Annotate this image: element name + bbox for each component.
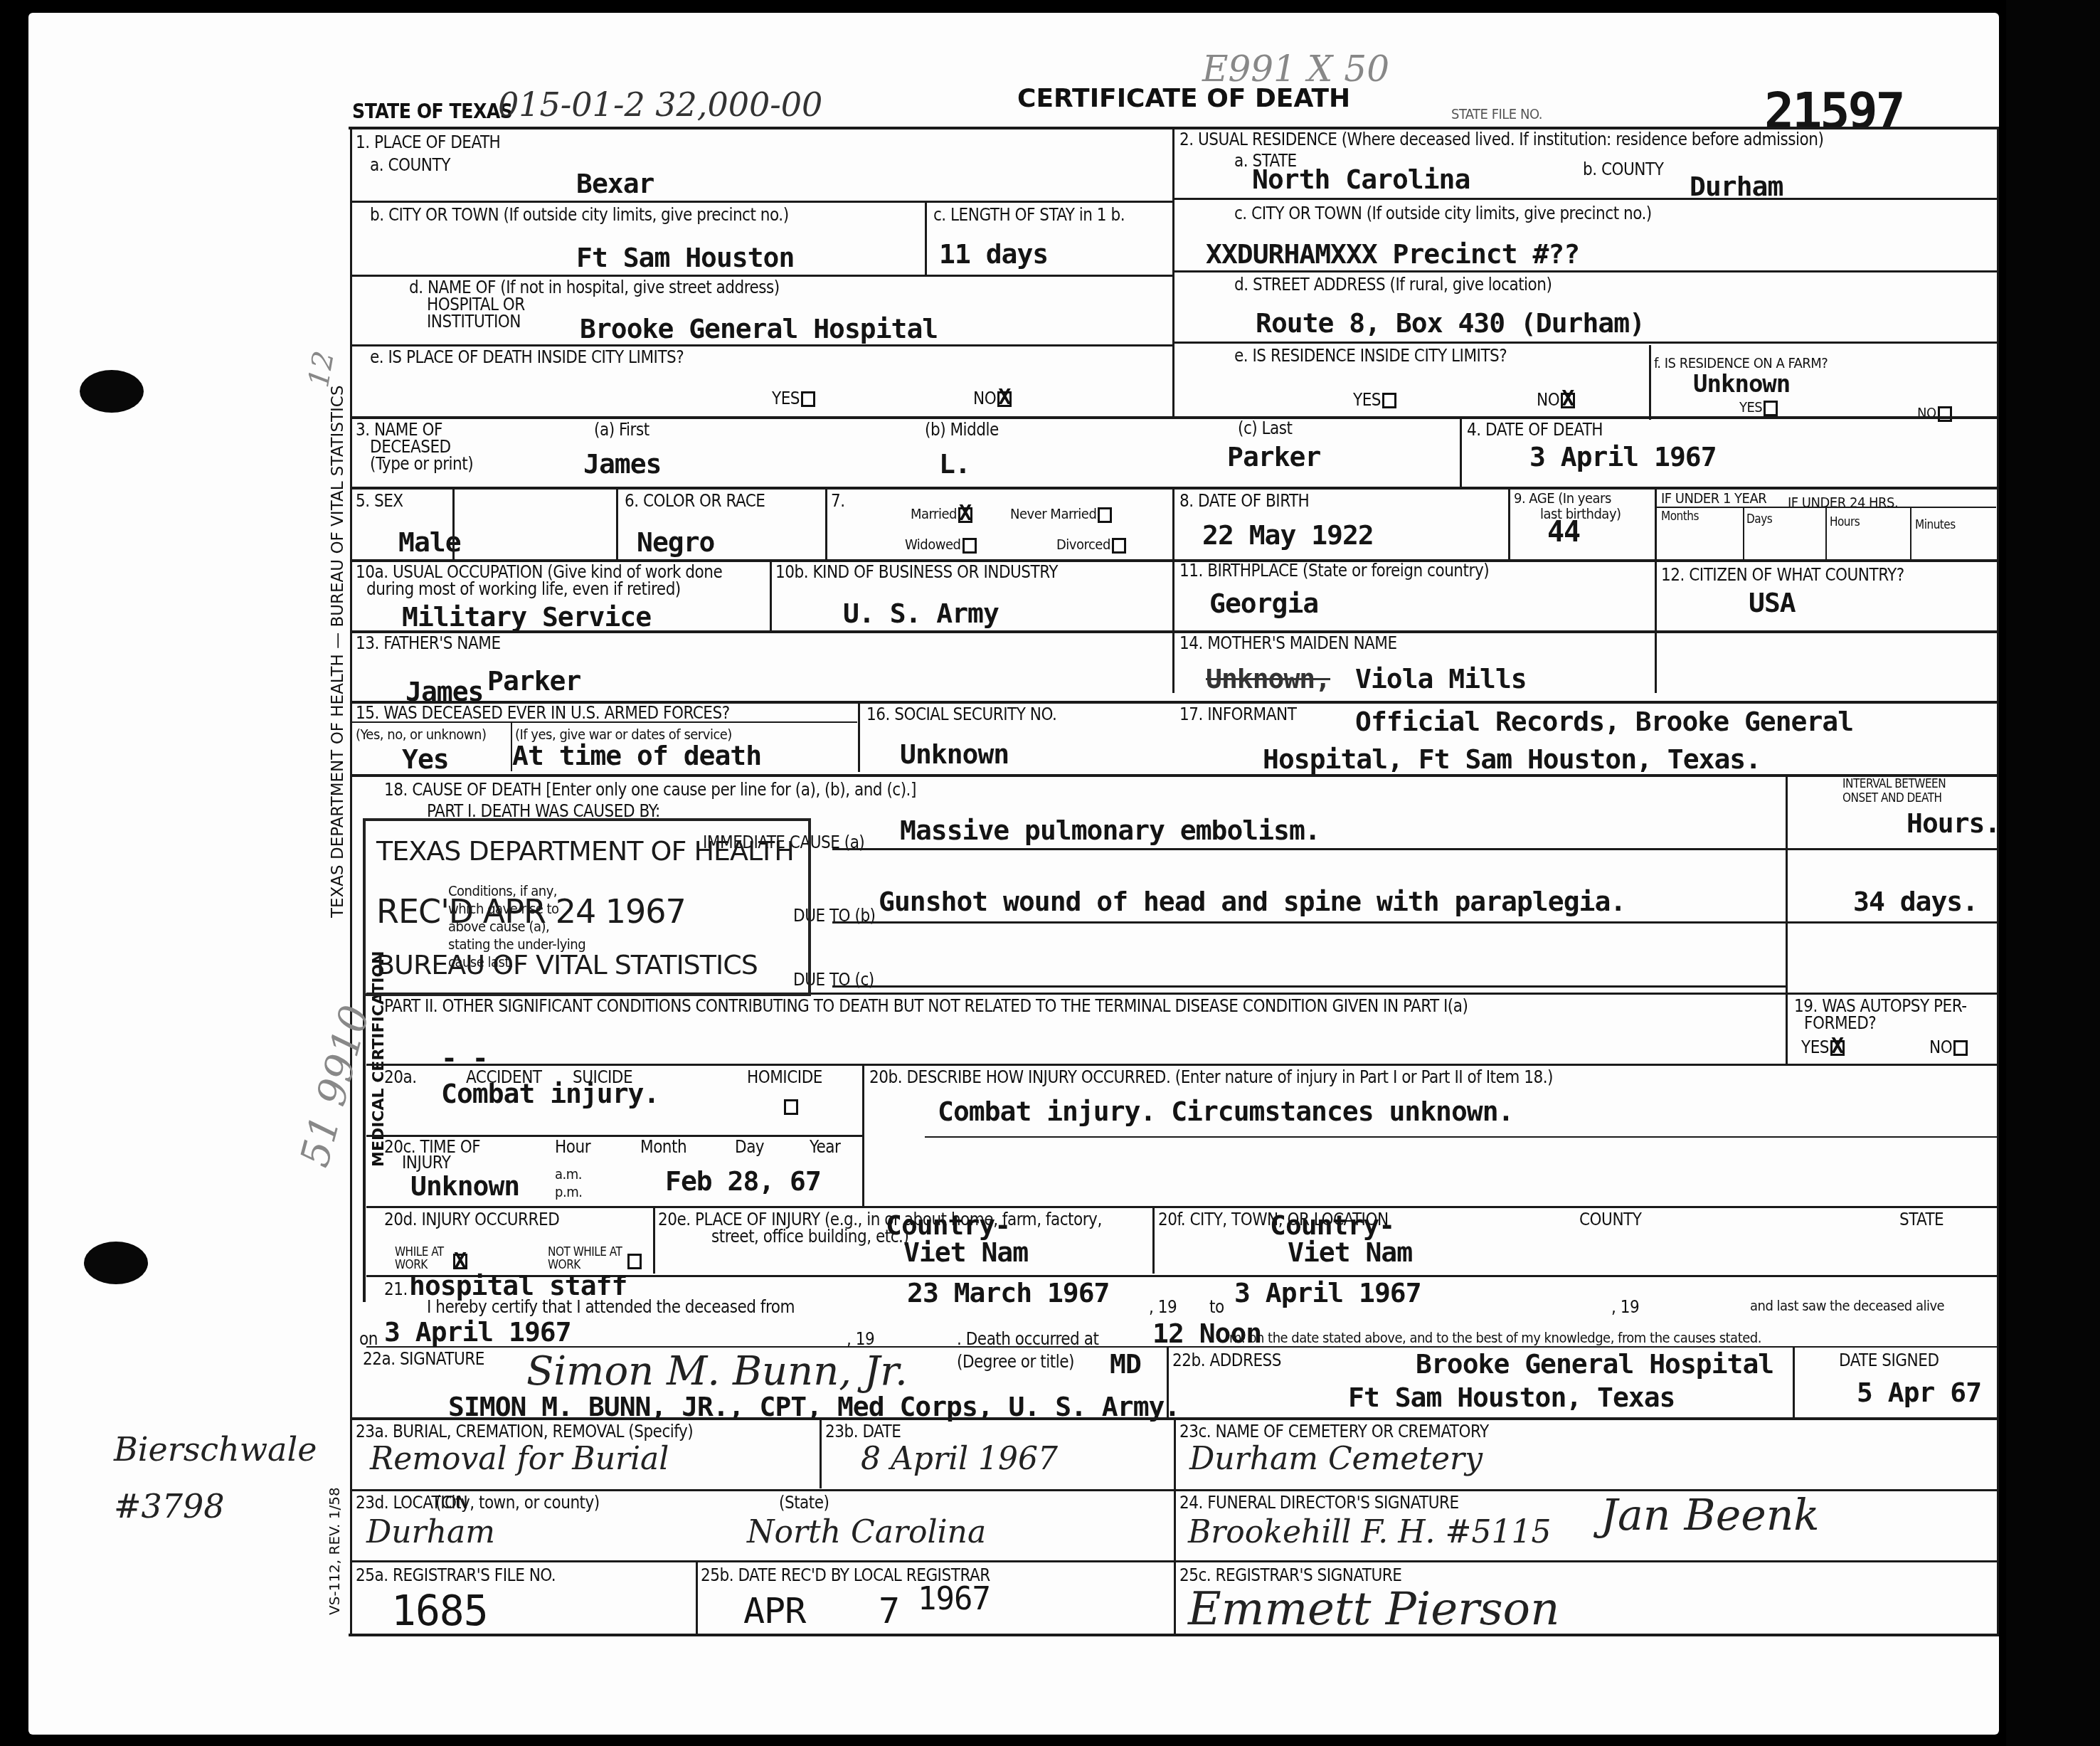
handwritten-code: 015-01-2 32,000-00 <box>498 85 822 124</box>
divider <box>1174 1417 1176 1634</box>
age-value: 44 <box>1547 516 1580 549</box>
place-of-death-label: 1. PLACE OF DEATH <box>356 134 500 152</box>
divider <box>616 487 618 561</box>
industry-label: 10b. KIND OF BUSINESS OR INDUSTRY <box>775 564 1058 581</box>
birthplace: Georgia <box>1209 588 1318 619</box>
mother-struck: Unknown, <box>1206 663 1330 694</box>
due-to-b: Gunshot wound of head and spine with par… <box>879 886 1626 917</box>
injury-date: Feb 28, 67 <box>665 1165 821 1197</box>
registrar-date-year: 1967 <box>918 1581 990 1617</box>
rule <box>1174 342 1999 344</box>
registrar-date-day: 7 <box>879 1590 899 1631</box>
state-file-label: STATE FILE NO. <box>1451 107 1542 122</box>
divider <box>862 1064 864 1206</box>
immediate-cause: Massive pulmonary embolism. <box>900 815 1320 846</box>
rule <box>352 275 1174 277</box>
how-injury-label: 20b. DESCRIBE HOW INJURY OCCURRED. (Ente… <box>869 1069 1553 1086</box>
not-while-at-work[interactable]: NOT WHILE AT WORK <box>548 1247 626 1272</box>
margin-hand-tick: 12 <box>302 349 341 390</box>
race-label: 6. COLOR OR RACE <box>625 492 765 510</box>
death-city: Ft Sam Houston <box>576 242 794 273</box>
hours-label: Hours <box>1830 517 1860 529</box>
city-county-label: (City, town, or county) <box>435 1494 600 1512</box>
sex-label: 5. SEX <box>356 492 403 510</box>
registrar-signature: Emmett Pierson <box>1188 1583 1559 1636</box>
time-label-2: INJURY <box>402 1154 450 1172</box>
homicide-option[interactable]: HOMICIDE <box>747 1069 822 1086</box>
marital-married[interactable]: Married <box>911 507 972 523</box>
occupation: Military Service <box>402 601 651 633</box>
stamp-line-3: BUREAU OF VITAL STATISTICS <box>376 949 758 980</box>
rule <box>352 201 1174 203</box>
armed-yn-label: (Yes, no, or unknown) <box>356 727 486 742</box>
interval-label-2: ONSET AND DEATH <box>1842 793 1942 805</box>
divider <box>1172 487 1174 693</box>
registrar-date-month: APR <box>743 1590 805 1631</box>
stamp-line-2: REC'D APR 24 1967 <box>376 892 686 931</box>
margin-dept-label: TEXAS DEPARTMENT OF HEALTH — BUREAU OF V… <box>329 386 347 919</box>
am-label: a.m. <box>555 1167 582 1182</box>
divider <box>1655 487 1657 693</box>
address-line-2: Ft Sam Houston, Texas <box>1348 1382 1675 1413</box>
res-inside-yes[interactable]: YES <box>1353 391 1396 409</box>
ssn-label: 16. SOCIAL SECURITY NO. <box>866 706 1056 724</box>
frame-left <box>350 127 352 1635</box>
form-number: VS-112, REV. 1/58 <box>326 1487 343 1615</box>
rule <box>352 630 1999 633</box>
date-signed-label: DATE SIGNED <box>1839 1352 1939 1370</box>
marital-never-married[interactable]: Never Married <box>1010 507 1112 523</box>
date-of-death-label: 4. DATE OF DEATH <box>1467 421 1603 439</box>
cert-text-2: and last saw the deceased alive <box>1750 1298 1944 1313</box>
informant-line-1: Official Records, Brooke General <box>1355 706 1853 737</box>
rule <box>832 921 1998 924</box>
disposition-value: Removal for Burial <box>370 1441 669 1477</box>
stamp-line-1: TEXAS DEPARTMENT OF HEALTH <box>376 835 794 867</box>
res-street: Route 8, Box 430 (Durham) <box>1256 307 1645 339</box>
physician-signature: Simon M. Bunn, Jr. <box>526 1348 908 1395</box>
while-at-work[interactable]: WHILE AT WORK <box>395 1247 452 1272</box>
how-injury: Combat injury. Circumstances unknown. <box>938 1096 1513 1127</box>
inside-limits-no[interactable]: NO <box>973 390 1012 408</box>
days-label: Days <box>1746 514 1772 527</box>
cert-num: 21. <box>384 1281 408 1298</box>
while-at-work-checkbox[interactable] <box>453 1254 467 1269</box>
pm-label: p.m. <box>555 1185 582 1200</box>
injury-hour: Unknown <box>410 1170 519 1202</box>
father-label: 13. FATHER'S NAME <box>356 635 501 652</box>
divider <box>696 1560 698 1635</box>
cert-text-1: I hereby certify that I attended the dec… <box>427 1298 795 1316</box>
not-while-at-work-checkbox[interactable] <box>627 1254 642 1269</box>
autopsy-yes[interactable]: YES <box>1801 1039 1845 1057</box>
divider <box>925 201 927 276</box>
funeral-director-signature: Jan Beenk <box>1601 1491 1820 1540</box>
cemetery-label: 23c. NAME OF CEMETERY OR CREMATORY <box>1179 1423 1489 1441</box>
signature-label: 22a. SIGNATURE <box>363 1350 484 1368</box>
divider <box>770 559 772 630</box>
interval-label-1: INTERVAL BETWEEN <box>1842 778 1946 791</box>
res-inside-label: e. IS RESIDENCE INSIDE CITY LIMITS? <box>1234 347 1507 365</box>
month-label: Month <box>640 1138 686 1156</box>
sex-value: Male <box>398 527 461 558</box>
farm-value: Unknown <box>1693 370 1790 398</box>
frame-right <box>1997 127 1999 1635</box>
death-county: Bexar <box>576 168 654 199</box>
rule <box>352 1560 1998 1562</box>
burial-date: 8 April 1967 <box>861 1441 1058 1477</box>
last-name: Parker <box>1227 441 1320 472</box>
injury-county-label: COUNTY <box>1579 1211 1641 1229</box>
farm-no[interactable]: NO <box>1917 406 1952 422</box>
armed-forces-label: 15. WAS DECEASED EVER IN U.S. ARMED FORC… <box>356 704 730 722</box>
mother-maiden-name: Viola Mills <box>1355 663 1527 694</box>
registrar-signature-label: 25c. REGISTRAR'S SIGNATURE <box>1179 1567 1401 1584</box>
county-label: a. COUNTY <box>370 157 450 174</box>
injury-city-2: Viet Nam <box>1288 1237 1412 1268</box>
autopsy-no[interactable]: NO <box>1929 1039 1968 1057</box>
divider <box>1508 487 1510 561</box>
date-signed: 5 Apr 67 <box>1857 1377 1981 1408</box>
rule <box>352 721 857 723</box>
date-of-birth: 22 May 1922 <box>1202 519 1374 551</box>
rule <box>832 848 1786 850</box>
place-line-2: Viet Nam <box>903 1237 1028 1268</box>
father-last: Parker <box>487 665 580 697</box>
rule <box>366 1064 1998 1066</box>
farm-label: f. IS RESIDENCE ON A FARM? <box>1654 356 1828 371</box>
rule <box>352 344 1174 346</box>
homicide-checkbox[interactable] <box>784 1099 798 1115</box>
birthplace-label: 11. BIRTHPLACE (State or foreign country… <box>1179 562 1489 580</box>
informant-line-2: Hospital, Ft Sam Houston, Texas. <box>1263 744 1761 775</box>
res-street-label: d. STREET ADDRESS (If rural, give locati… <box>1234 276 1552 294</box>
middle-name: L. <box>939 448 970 480</box>
rule <box>1174 270 1999 273</box>
degree-label: (Degree or title) <box>957 1353 1074 1371</box>
rule <box>1786 848 1998 850</box>
divider <box>1152 1206 1155 1274</box>
first-name: James <box>583 448 661 480</box>
cert-to: to <box>1209 1298 1224 1316</box>
inside-limits-yes[interactable]: YES <box>772 390 815 408</box>
top-annotation: E991 X 50 <box>1202 48 1389 90</box>
place-label-2: street, office building, etc.) <box>711 1228 908 1246</box>
funeral-director-label: 24. FUNERAL DIRECTOR'S SIGNATURE <box>1179 1494 1459 1512</box>
hour-label: Hour <box>555 1138 590 1156</box>
last-seen-date: 3 April 1967 <box>384 1316 571 1348</box>
dob-label: 8. DATE OF BIRTH <box>1179 492 1309 510</box>
disposition-label: 23a. BURIAL, CREMATION, REMOVAL (Specify… <box>356 1423 693 1441</box>
marital-divorced[interactable]: Divorced <box>1056 537 1126 554</box>
cemetery-name: Durham Cemetery <box>1189 1441 1483 1477</box>
inside-limits-label: e. IS PLACE OF DEATH INSIDE CITY LIMITS? <box>370 349 684 366</box>
marital-label: 7. <box>831 492 845 510</box>
divider <box>825 487 827 561</box>
last-name-label: (c) Last <box>1238 420 1293 438</box>
address-line-1: Brooke General Hospital <box>1416 1348 1773 1380</box>
res-city: XXDURHAMXXX Precinct #?? <box>1206 238 1579 270</box>
cause-label: 18. CAUSE OF DEATH [Enter only one cause… <box>384 781 916 799</box>
length-of-stay: 11 days <box>939 238 1048 270</box>
industry: U. S. Army <box>843 598 999 629</box>
date-of-death: 3 April 1967 <box>1529 441 1717 472</box>
rule <box>366 1346 1998 1348</box>
rule <box>352 416 1999 419</box>
cert-19b: , 19 <box>1611 1298 1639 1316</box>
divider <box>1793 1346 1795 1417</box>
manner-value: Combat injury. <box>441 1078 659 1109</box>
immediate-interval: Hours. <box>1907 808 2000 839</box>
attended-to: 3 April 1967 <box>1234 1277 1421 1308</box>
registrar-file-no: 1685 <box>391 1587 488 1635</box>
under-1yr-label: IF UNDER 1 YEAR <box>1661 491 1766 506</box>
state-of-texas-label: STATE OF TEXAS <box>352 101 513 122</box>
ssn: Unknown <box>900 739 1009 770</box>
location-city: Durham <box>366 1514 495 1550</box>
rule <box>832 985 1786 988</box>
due-b-interval: 34 days. <box>1853 886 1978 917</box>
res-city-label: c. CITY OR TOWN (If outside city limits,… <box>1234 205 1652 223</box>
informant-label: 17. INFORMANT <box>1179 706 1296 724</box>
funeral-home: Brookehill F. H. #5115 <box>1188 1514 1551 1550</box>
divider <box>1910 507 1911 560</box>
injury-state-label: STATE <box>1899 1211 1943 1229</box>
address-label: 22b. ADDRESS <box>1172 1352 1281 1370</box>
divider <box>1649 345 1651 420</box>
scan-border <box>2006 0 2100 1746</box>
armed-yn: Yes <box>402 744 449 775</box>
institution-name: Brooke General Hospital <box>580 313 938 344</box>
months-label: Months <box>1661 511 1699 524</box>
manner-label: 20a. <box>384 1069 417 1086</box>
stay-label: c. LENGTH OF STAY in 1 b. <box>933 206 1125 224</box>
armed-dates: At time of death <box>512 740 761 771</box>
autopsy-label-2: FORMED? <box>1804 1015 1876 1032</box>
registrar-file-label: 25a. REGISTRAR'S FILE NO. <box>356 1567 556 1584</box>
age-label-1: 9. AGE (In years <box>1514 491 1611 506</box>
citizen: USA <box>1749 587 1796 618</box>
res-county-label: b. COUNTY <box>1583 161 1663 179</box>
city-label: b. CITY OR TOWN (If outside city limits,… <box>370 206 789 224</box>
race-value: Negro <box>637 527 714 558</box>
divider-1-2 <box>1172 127 1174 418</box>
first-name-label: (a) First <box>594 421 649 439</box>
occupation-label-2: during most of working life, even if ret… <box>366 581 681 598</box>
citizen-label: 12. CITIZEN OF WHAT COUNTRY? <box>1661 566 1904 584</box>
received-stamp: TEXAS DEPARTMENT OF HEALTH REC'D APR 24 … <box>363 818 811 996</box>
degree: MD <box>1110 1348 1141 1380</box>
divider <box>1743 507 1744 560</box>
punch-hole <box>80 370 144 413</box>
residence-label: 2. USUAL RESIDENCE (Where deceased lived… <box>1179 131 1823 149</box>
name-label-3: (Type or print) <box>370 455 473 473</box>
rule <box>925 1136 1998 1138</box>
rule <box>366 1206 1998 1208</box>
institution-label-3: INSTITUTION <box>427 313 521 331</box>
occurred-label: 20d. INJURY OCCURRED <box>384 1211 559 1229</box>
cert-text-3: m. on the date stated above, and to the … <box>1229 1330 1761 1345</box>
funeral-home-note: Bierschwale <box>114 1430 317 1469</box>
divider <box>858 701 860 772</box>
marital-widowed[interactable]: Widowed <box>905 537 977 554</box>
day-label: Day <box>735 1138 764 1156</box>
divider <box>820 1417 822 1488</box>
res-state: North Carolina <box>1252 164 1470 195</box>
burial-date-label: 23b. DATE <box>825 1423 901 1441</box>
divider <box>1786 774 1788 1066</box>
farm-yes[interactable]: YES <box>1739 400 1778 416</box>
divider <box>1460 416 1462 487</box>
rule <box>1174 198 1999 200</box>
punch-hole <box>84 1242 148 1284</box>
minutes-label: Minutes <box>1915 519 1956 532</box>
rule <box>352 774 1999 777</box>
attended-from: 23 March 1967 <box>907 1277 1109 1308</box>
divider <box>452 487 455 561</box>
divider <box>1825 507 1827 560</box>
funeral-home-number: #3798 <box>114 1487 225 1525</box>
location-state-label: (State) <box>779 1494 829 1512</box>
divider <box>653 1206 655 1274</box>
part2-label: PART II. OTHER SIGNIFICANT CONDITIONS CO… <box>384 998 1468 1015</box>
cert-19: , 19 <box>1149 1298 1177 1316</box>
year-label: Year <box>810 1138 840 1156</box>
divider <box>1167 1346 1169 1417</box>
mother-label: 14. MOTHER'S MAIDEN NAME <box>1179 635 1397 652</box>
location-state: North Carolina <box>747 1514 986 1550</box>
res-inside-no[interactable]: NO <box>1537 391 1575 409</box>
middle-name-label: (b) Middle <box>925 421 999 439</box>
